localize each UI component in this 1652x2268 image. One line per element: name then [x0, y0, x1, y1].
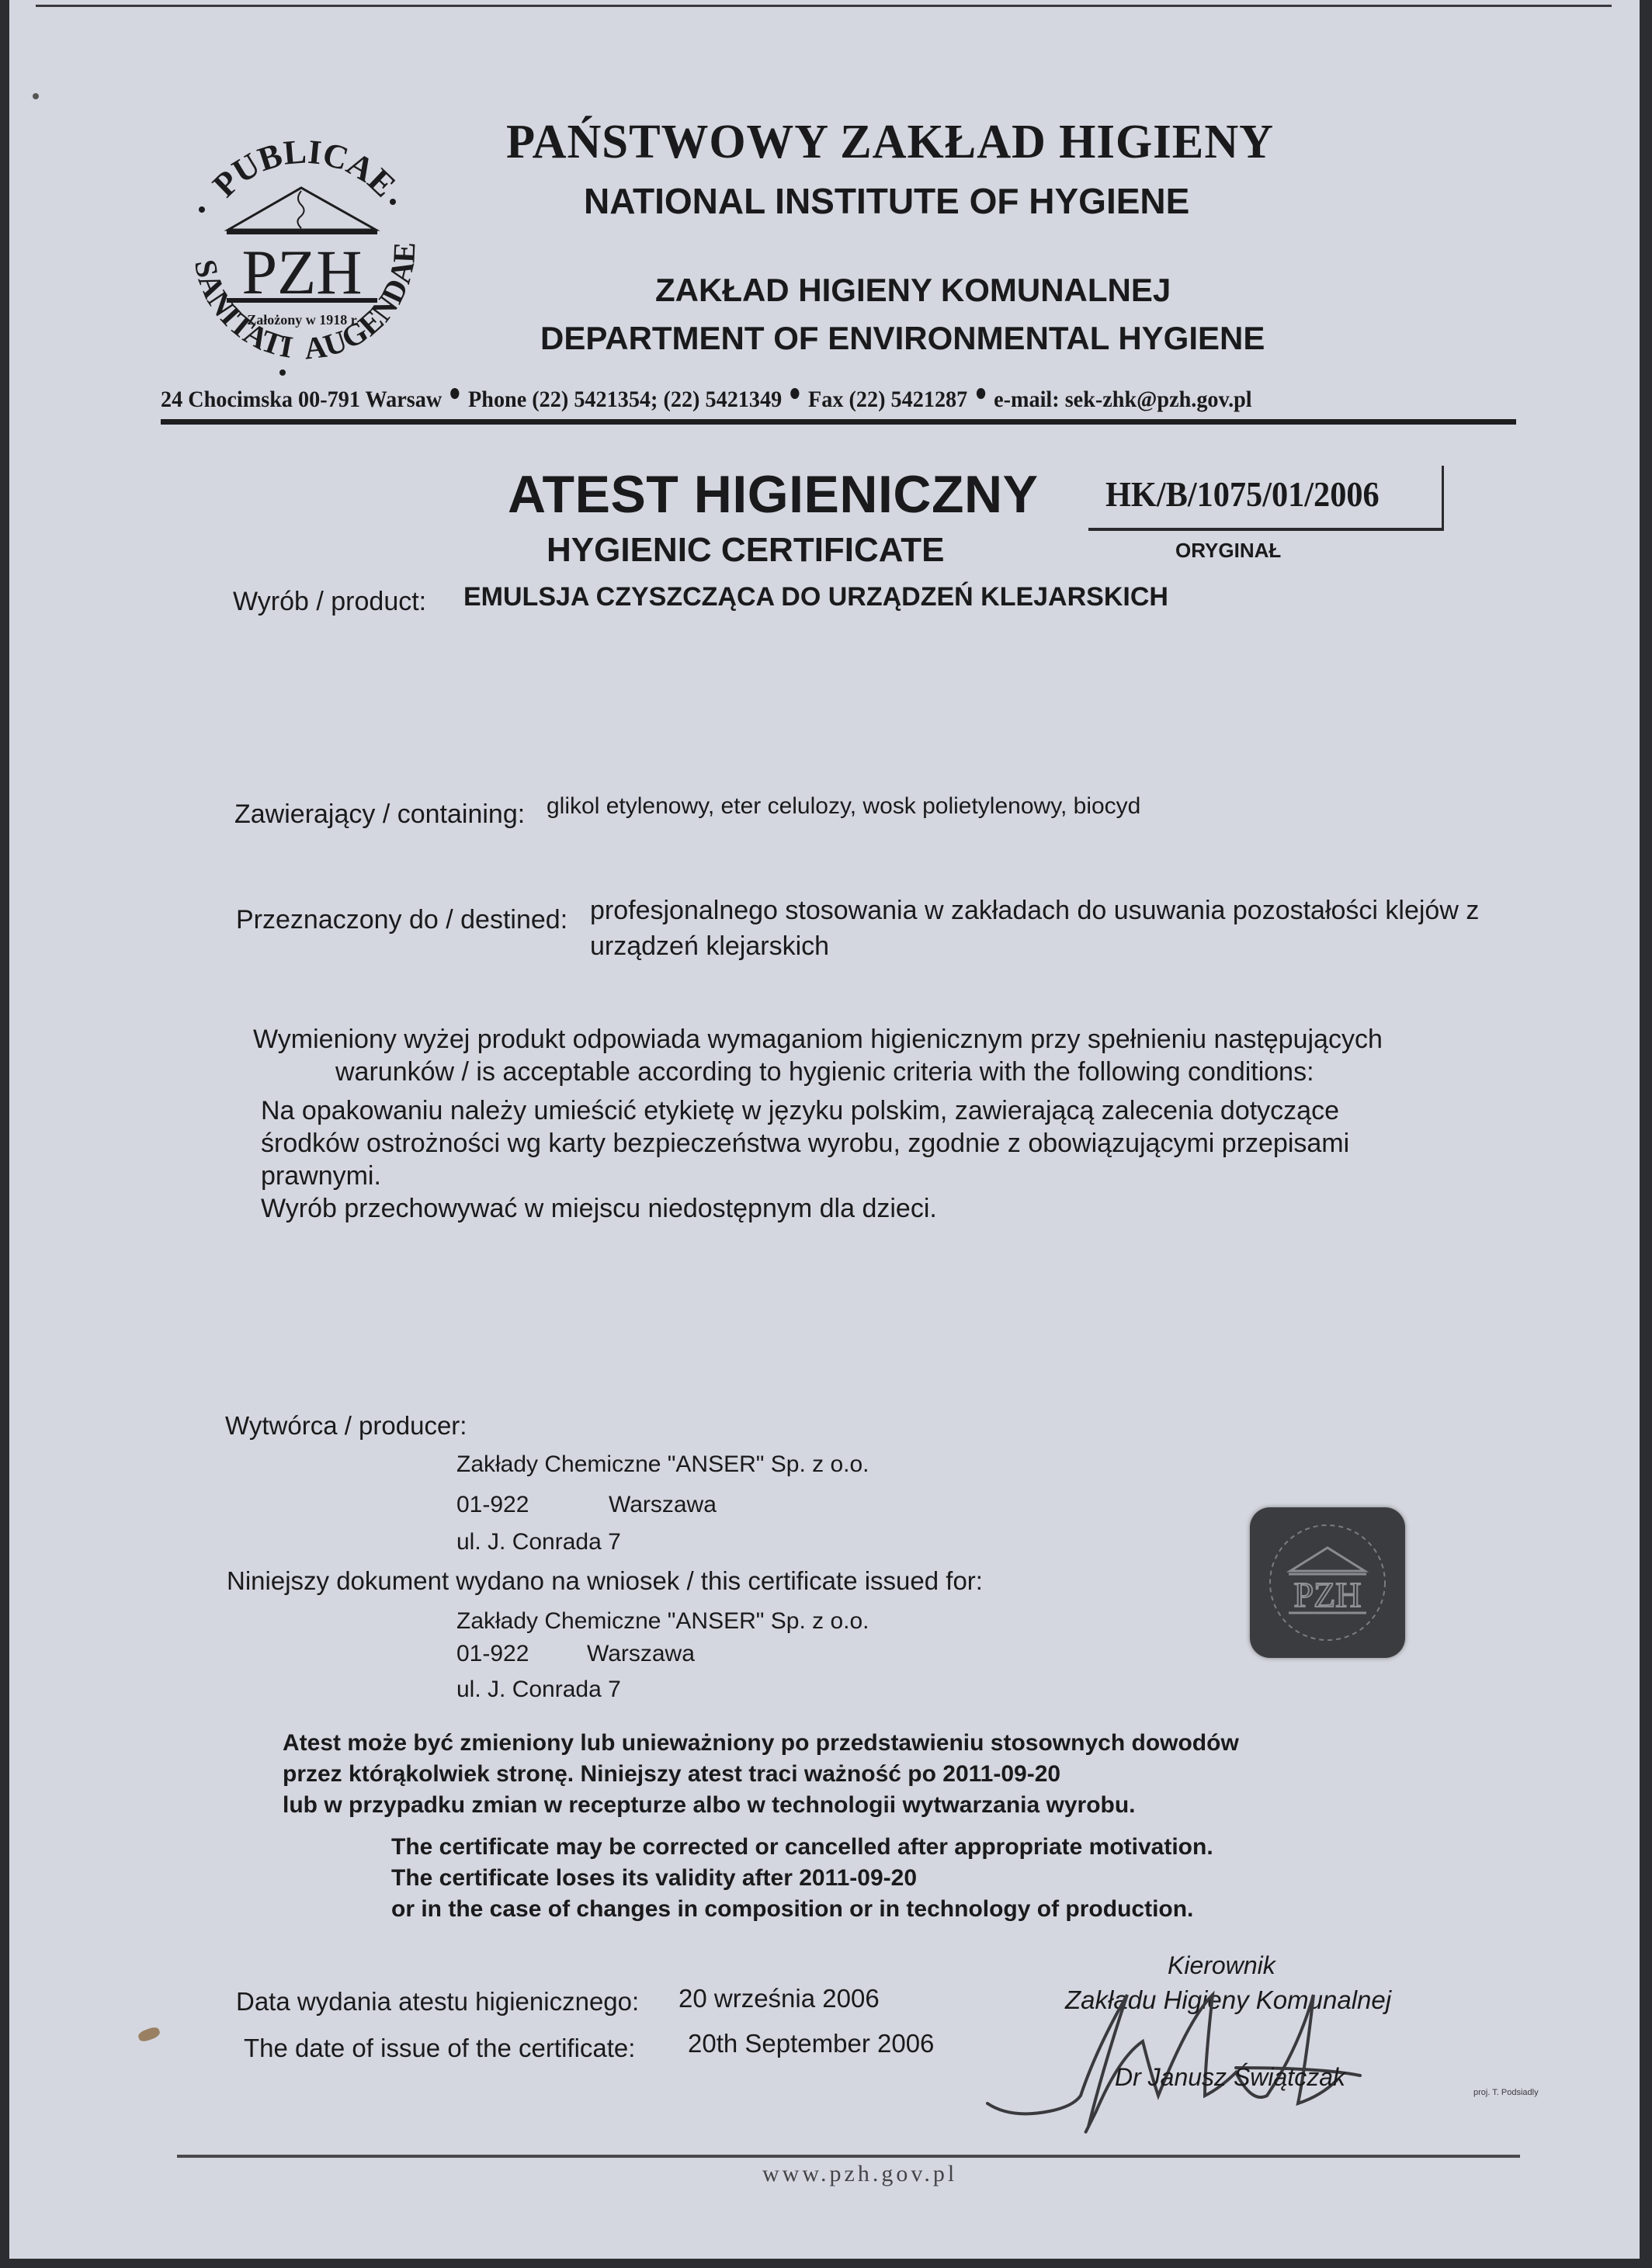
notice-line: The certificate loses its validity after…	[391, 1863, 1213, 1894]
issued-for-name: Zakłady Chemiczne "ANSER" Sp. z o.o.	[456, 1608, 869, 1635]
certificate-number: HK/B/1075/01/2006	[1105, 473, 1380, 515]
validity-notice-en: The certificate may be corrected or canc…	[391, 1832, 1213, 1925]
svg-text:Założony w 1918 r: Założony w 1918 r	[247, 312, 357, 328]
condition-line: Na opakowaniu należy umieścić etykietę w…	[261, 1094, 1349, 1127]
top-border-line	[36, 5, 1612, 7]
containing-label: Zawierający / containing:	[234, 799, 525, 830]
original-badge: ORYGINAŁ	[1175, 539, 1281, 563]
producer-label: Wytwórca / producer:	[225, 1411, 467, 1441]
condition-line: środków ostrożności wg karty bezpieczeńs…	[261, 1127, 1349, 1160]
issue-date-value-pl: 20 września 2006	[678, 1984, 880, 2013]
temple-caduceus-icon: PUBLICAE SANITATI AUGENDAE PZH Założony …	[165, 116, 444, 396]
svg-text:PZH: PZH	[242, 237, 363, 307]
website-link[interactable]: www.pzh.gov.pl	[762, 2161, 957, 2187]
condition-line: prawnymi.	[261, 1160, 1349, 1192]
official-stamp: PZH	[1250, 1507, 1405, 1658]
destined-label: Przeznaczony do / destined:	[236, 905, 567, 935]
issue-date-label-pl: Data wydania atestu higienicznego:	[236, 1987, 639, 2017]
bullet-icon	[977, 388, 985, 399]
designer-credit: proj. T. Podsiadly	[1473, 2088, 1539, 2097]
certificate-title-pl: ATEST HIGIENICZNY	[508, 464, 1039, 525]
svg-text:PZH: PZH	[1294, 1575, 1362, 1614]
issued-for-city: Warszawa	[587, 1641, 695, 1667]
producer-street: ul. J. Conrada 7	[456, 1529, 621, 1555]
certificate-page: PUBLICAE SANITATI AUGENDAE PZH Założony …	[9, 0, 1640, 2259]
notice-line: Atest może być zmieniony lub unieważnion…	[283, 1728, 1239, 1759]
contact-email: e-mail: sek-zhk@pzh.gov.pl	[994, 387, 1252, 412]
conditions-intro-line1: Wymieniony wyżej produkt odpowiada wymag…	[253, 1023, 1383, 1056]
conditions-list: Na opakowaniu należy umieścić etykietę w…	[261, 1094, 1349, 1225]
bullet-icon	[790, 388, 799, 399]
department-name-pl: ZAKŁAD HIGIENY KOMUNALNEJ	[655, 272, 1171, 309]
containing-value: glikol etylenowy, eter celulozy, wosk po…	[547, 793, 1140, 820]
producer-name: Zakłady Chemiczne "ANSER" Sp. z o.o.	[456, 1451, 869, 1478]
validity-notice-pl: Atest może być zmieniony lub unieważnion…	[283, 1728, 1239, 1821]
producer-city: Warszawa	[609, 1492, 717, 1518]
notice-line: The certificate may be corrected or canc…	[391, 1832, 1213, 1863]
footer-divider	[177, 2155, 1520, 2158]
department-name-en: DEPARTMENT OF ENVIRONMENTAL HYGIENE	[540, 320, 1265, 357]
condition-line: Wyrób przechowywać w miejscu niedostępny…	[261, 1192, 1349, 1225]
contact-phone: Phone (22) 5421354; (22) 5421349	[468, 387, 782, 412]
embossed-seal-icon: PZH	[1250, 1507, 1405, 1658]
issue-date-value-en: 20th September 2006	[688, 2029, 934, 2058]
issued-for-street: ul. J. Conrada 7	[456, 1677, 621, 1703]
contact-line: 24 Chocimska 00-791 WarsawPhone (22) 542…	[161, 387, 1252, 413]
paper-speck	[33, 93, 39, 99]
contact-fax: Fax (22) 5421287	[808, 387, 967, 412]
notice-line: lub w przypadku zmian w recepturze albo …	[283, 1790, 1239, 1821]
notice-line: przez którąkolwiek stronę. Niniejszy ate…	[283, 1759, 1239, 1790]
product-value: EMULSJA CZYSZCZĄCA DO URZĄDZEŃ KLEJARSKI…	[463, 582, 1168, 612]
producer-postal-code: 01-922	[456, 1492, 529, 1518]
contact-address: 24 Chocimska 00-791 Warsaw	[161, 387, 442, 412]
pzh-logo: PUBLICAE SANITATI AUGENDAE PZH Założony …	[165, 116, 444, 396]
signatory-title-line1: Kierownik	[1168, 1951, 1275, 1980]
bullet-icon	[450, 388, 459, 399]
institute-name-pl: PAŃSTWOWY ZAKŁAD HIGIENY	[506, 115, 1274, 170]
destined-value: profesjonalnego stosowania w zakładach d…	[590, 893, 1522, 964]
header-divider	[161, 419, 1516, 425]
certificate-title-en: HYGIENIC CERTIFICATE	[547, 531, 945, 570]
signatory-name: Dr Janusz Świątczak	[1115, 2063, 1345, 2092]
issue-date-label-en: The date of issue of the certificate:	[244, 2034, 635, 2063]
issued-for-postal-code: 01-922	[456, 1641, 529, 1667]
conditions-intro-line2: warunków / is acceptable according to hy…	[335, 1057, 1314, 1087]
institute-name-en: NATIONAL INSTITUTE OF HYGIENE	[584, 180, 1189, 222]
product-label: Wyrób / product:	[233, 587, 426, 617]
svg-text:PUBLICAE: PUBLICAE	[206, 132, 404, 204]
notice-line: or in the case of changes in composition…	[391, 1894, 1213, 1925]
issued-for-label: Niniejszy dokument wydano na wniosek / t…	[227, 1566, 983, 1596]
ink-smudge	[137, 2026, 161, 2044]
